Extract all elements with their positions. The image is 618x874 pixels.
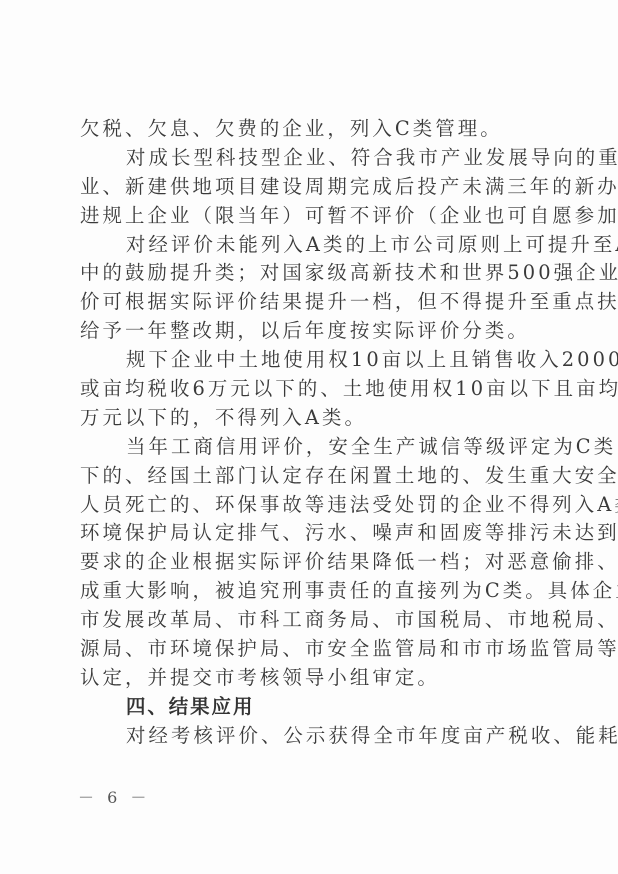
- text-line: 当年工商信用评价，安全生产诚信等级评定为C类（含）以: [80, 433, 542, 462]
- text-line: 万元以下的，不得列入A类。: [80, 404, 542, 433]
- text-line: 人员死亡的、环保事故等违法受处罚的企业不得列入A类。经市: [80, 491, 542, 520]
- document-page: 欠税、欠息、欠费的企业，列入C类管理。 对成长型科技型企业、符合我市产业发展导向…: [0, 0, 618, 874]
- body-text: 欠税、欠息、欠费的企业，列入C类管理。 对成长型科技型企业、符合我市产业发展导向…: [80, 115, 542, 751]
- text-line: 对经考核评价、公示获得全市年度亩产税收、能耗税收、高: [80, 722, 542, 751]
- text-line: 业、新建供地项目建设周期完成后投产未满三年的新办企业和新: [80, 173, 542, 202]
- text-line: 或亩均税收6万元以下的、土地使用权10亩以下且亩均税收3: [80, 375, 542, 404]
- text-line: 给予一年整改期，以后年度按实际评价分类。: [80, 317, 542, 346]
- text-line: 成重大影响，被追究刑事责任的直接列为C类。具体企业名单由: [80, 577, 542, 606]
- text-line: 中的鼓励提升类；对国家级高新技术和世界500强企业，首次评: [80, 259, 542, 288]
- text-line: 要求的企业根据实际评价结果降低一档；对恶意偷排、直排，造: [80, 548, 542, 577]
- text-line: 环境保护局认定排气、污水、噪声和固废等排污未达到我市规定: [80, 519, 542, 548]
- text-line: 源局、市环境保护局、市安全监管局和市市场监管局等相关单位: [80, 635, 542, 664]
- text-line: 对经评价未能列入A类的上市公司原则上可提升至A类企业: [80, 231, 542, 260]
- page-number: － 6 －: [78, 785, 150, 808]
- text-line: 下的、经国土部门认定存在闲置土地的、发生重大安全生产造成: [80, 462, 542, 491]
- text-line: 进规上企业（限当年）可暂不评价（企业也可自愿参加评价）。: [80, 202, 542, 231]
- text-line: 欠税、欠息、欠费的企业，列入C类管理。: [80, 115, 542, 144]
- text-line: 规下企业中土地使用权10亩以上且销售收入2000万元以下: [80, 346, 542, 375]
- text-line: 价可根据实际评价结果提升一档，但不得提升至重点扶持类，并: [80, 288, 542, 317]
- section-heading: 四、结果应用: [80, 693, 542, 722]
- text-line: 市发展改革局、市科工商务局、市国税局、市地税局、市国土资: [80, 606, 542, 635]
- text-line: 认定，并提交市考核领导小组审定。: [80, 664, 542, 693]
- text-line: 对成长型科技型企业、符合我市产业发展导向的重点培育企: [80, 144, 542, 173]
